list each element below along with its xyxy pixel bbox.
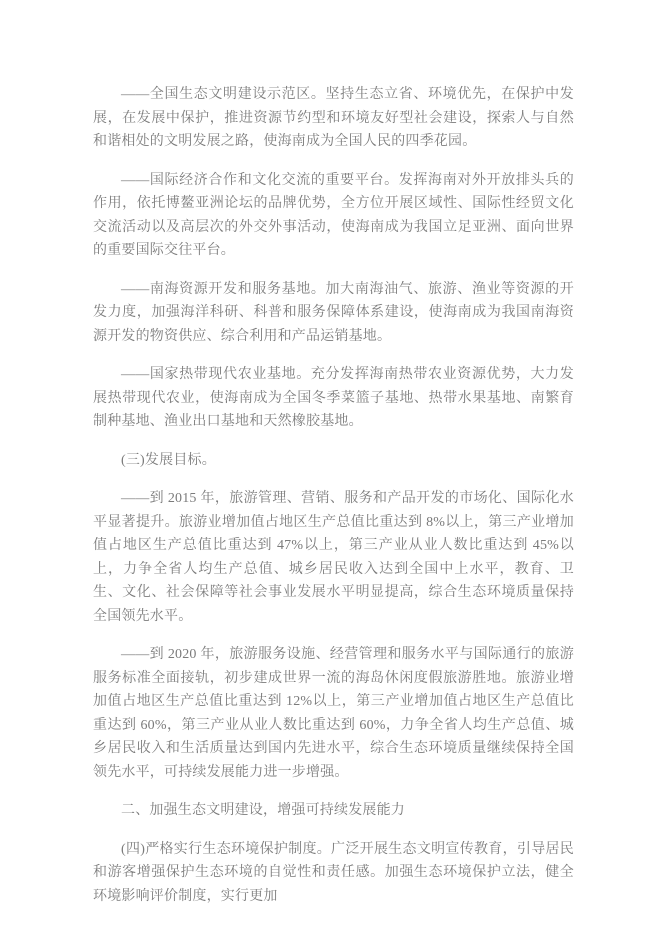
section-heading-eco-civilization: 二、加强生态文明建设，增强可持续发展能力 [93, 799, 574, 823]
paragraph-eco-demonstration-zone: ——全国生态文明建设示范区。坚持生态立省、环境优先，在保护中发展，在发展中保护，… [93, 83, 574, 154]
paragraph-south-sea-resource-base: ——南海资源开发和服务基地。加大南海油气、旅游、渔业等资源的开发力度，加强海洋科… [93, 278, 574, 349]
subheading-development-goals: (三)发展目标。 [93, 449, 574, 473]
paragraph-environmental-protection-system: (四)严格实行生态环境保护制度。广泛开展生态文明宣传教育，引导居民和游客增强保护… [93, 838, 574, 909]
paragraph-international-exchange-platform: ——国际经济合作和文化交流的重要平台。发挥海南对外开放排头兵的作用，依托博鳌亚洲… [93, 169, 574, 263]
document-page: ——全国生态文明建设示范区。坚持生态立省、环境优先，在保护中发展，在发展中保护，… [0, 0, 661, 935]
paragraph-tropical-agriculture-base: ——国家热带现代农业基地。充分发挥海南热带农业资源优势，大力发展热带现代农业，使… [93, 363, 574, 434]
paragraph-goals-2015: ——到 2015 年，旅游管理、营销、服务和产品开发的市场化、国际化水平显著提升… [93, 487, 574, 628]
paragraph-goals-2020: ——到 2020 年，旅游服务设施、经营管理和服务水平与国际通行的旅游服务标准全… [93, 643, 574, 784]
document-body: ——全国生态文明建设示范区。坚持生态立省、环境优先，在保护中发展，在发展中保护，… [93, 83, 574, 923]
